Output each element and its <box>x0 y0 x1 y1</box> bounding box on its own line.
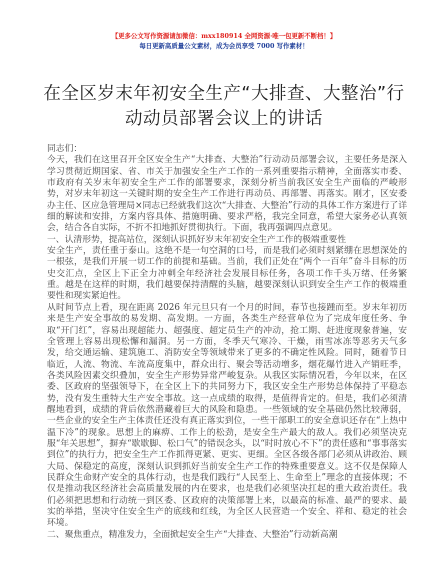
section-heading-1: 一、认清形势，提高站位，深刻认识抓好岁末年初安全生产工作的极端重要性 <box>47 235 407 246</box>
document-page: 【更多公文写作资源请加微信：mxx180914 全网资源·唯一包更新不断档！】 … <box>0 0 448 580</box>
paragraph-time-node: 从时间节点上看，现在距离 2026 年元旦只有一个月的时间，春节也接踵而至。岁末… <box>47 303 407 530</box>
section-heading-2: 二、聚焦重点，精准发力，全面掀起安全生产“大排查、大整治”行动新高潮 <box>47 530 407 541</box>
paragraph-intro: 今天，我们在这里召开全区安全生产“大排查、大整治”行动动员部署会议，主要任务是深… <box>47 155 407 234</box>
document-body: 同志们： 今天，我们在这里召开全区安全生产“大排查、大整治”行动动员部署会议，主… <box>47 144 407 541</box>
promo-banner-line-2: 每日更新高质量公文素材，成为会员享受 7000 写作素材！ <box>0 41 448 50</box>
promo-banner-line-1: 【更多公文写作资源请加微信：mxx180914 全网资源·唯一包更新不断档！】 <box>0 31 448 40</box>
document-title: 在全区岁末年初安全生产“大排查、大整治”行动动员部署会议上的讲话 <box>40 82 408 132</box>
salutation: 同志们： <box>47 144 407 155</box>
paragraph-safety-responsibility: 安全生产，责任重于泰山。这绝不是一句空洞的口号，而是我们必须时刻紧绷在思想深处的… <box>47 246 407 303</box>
